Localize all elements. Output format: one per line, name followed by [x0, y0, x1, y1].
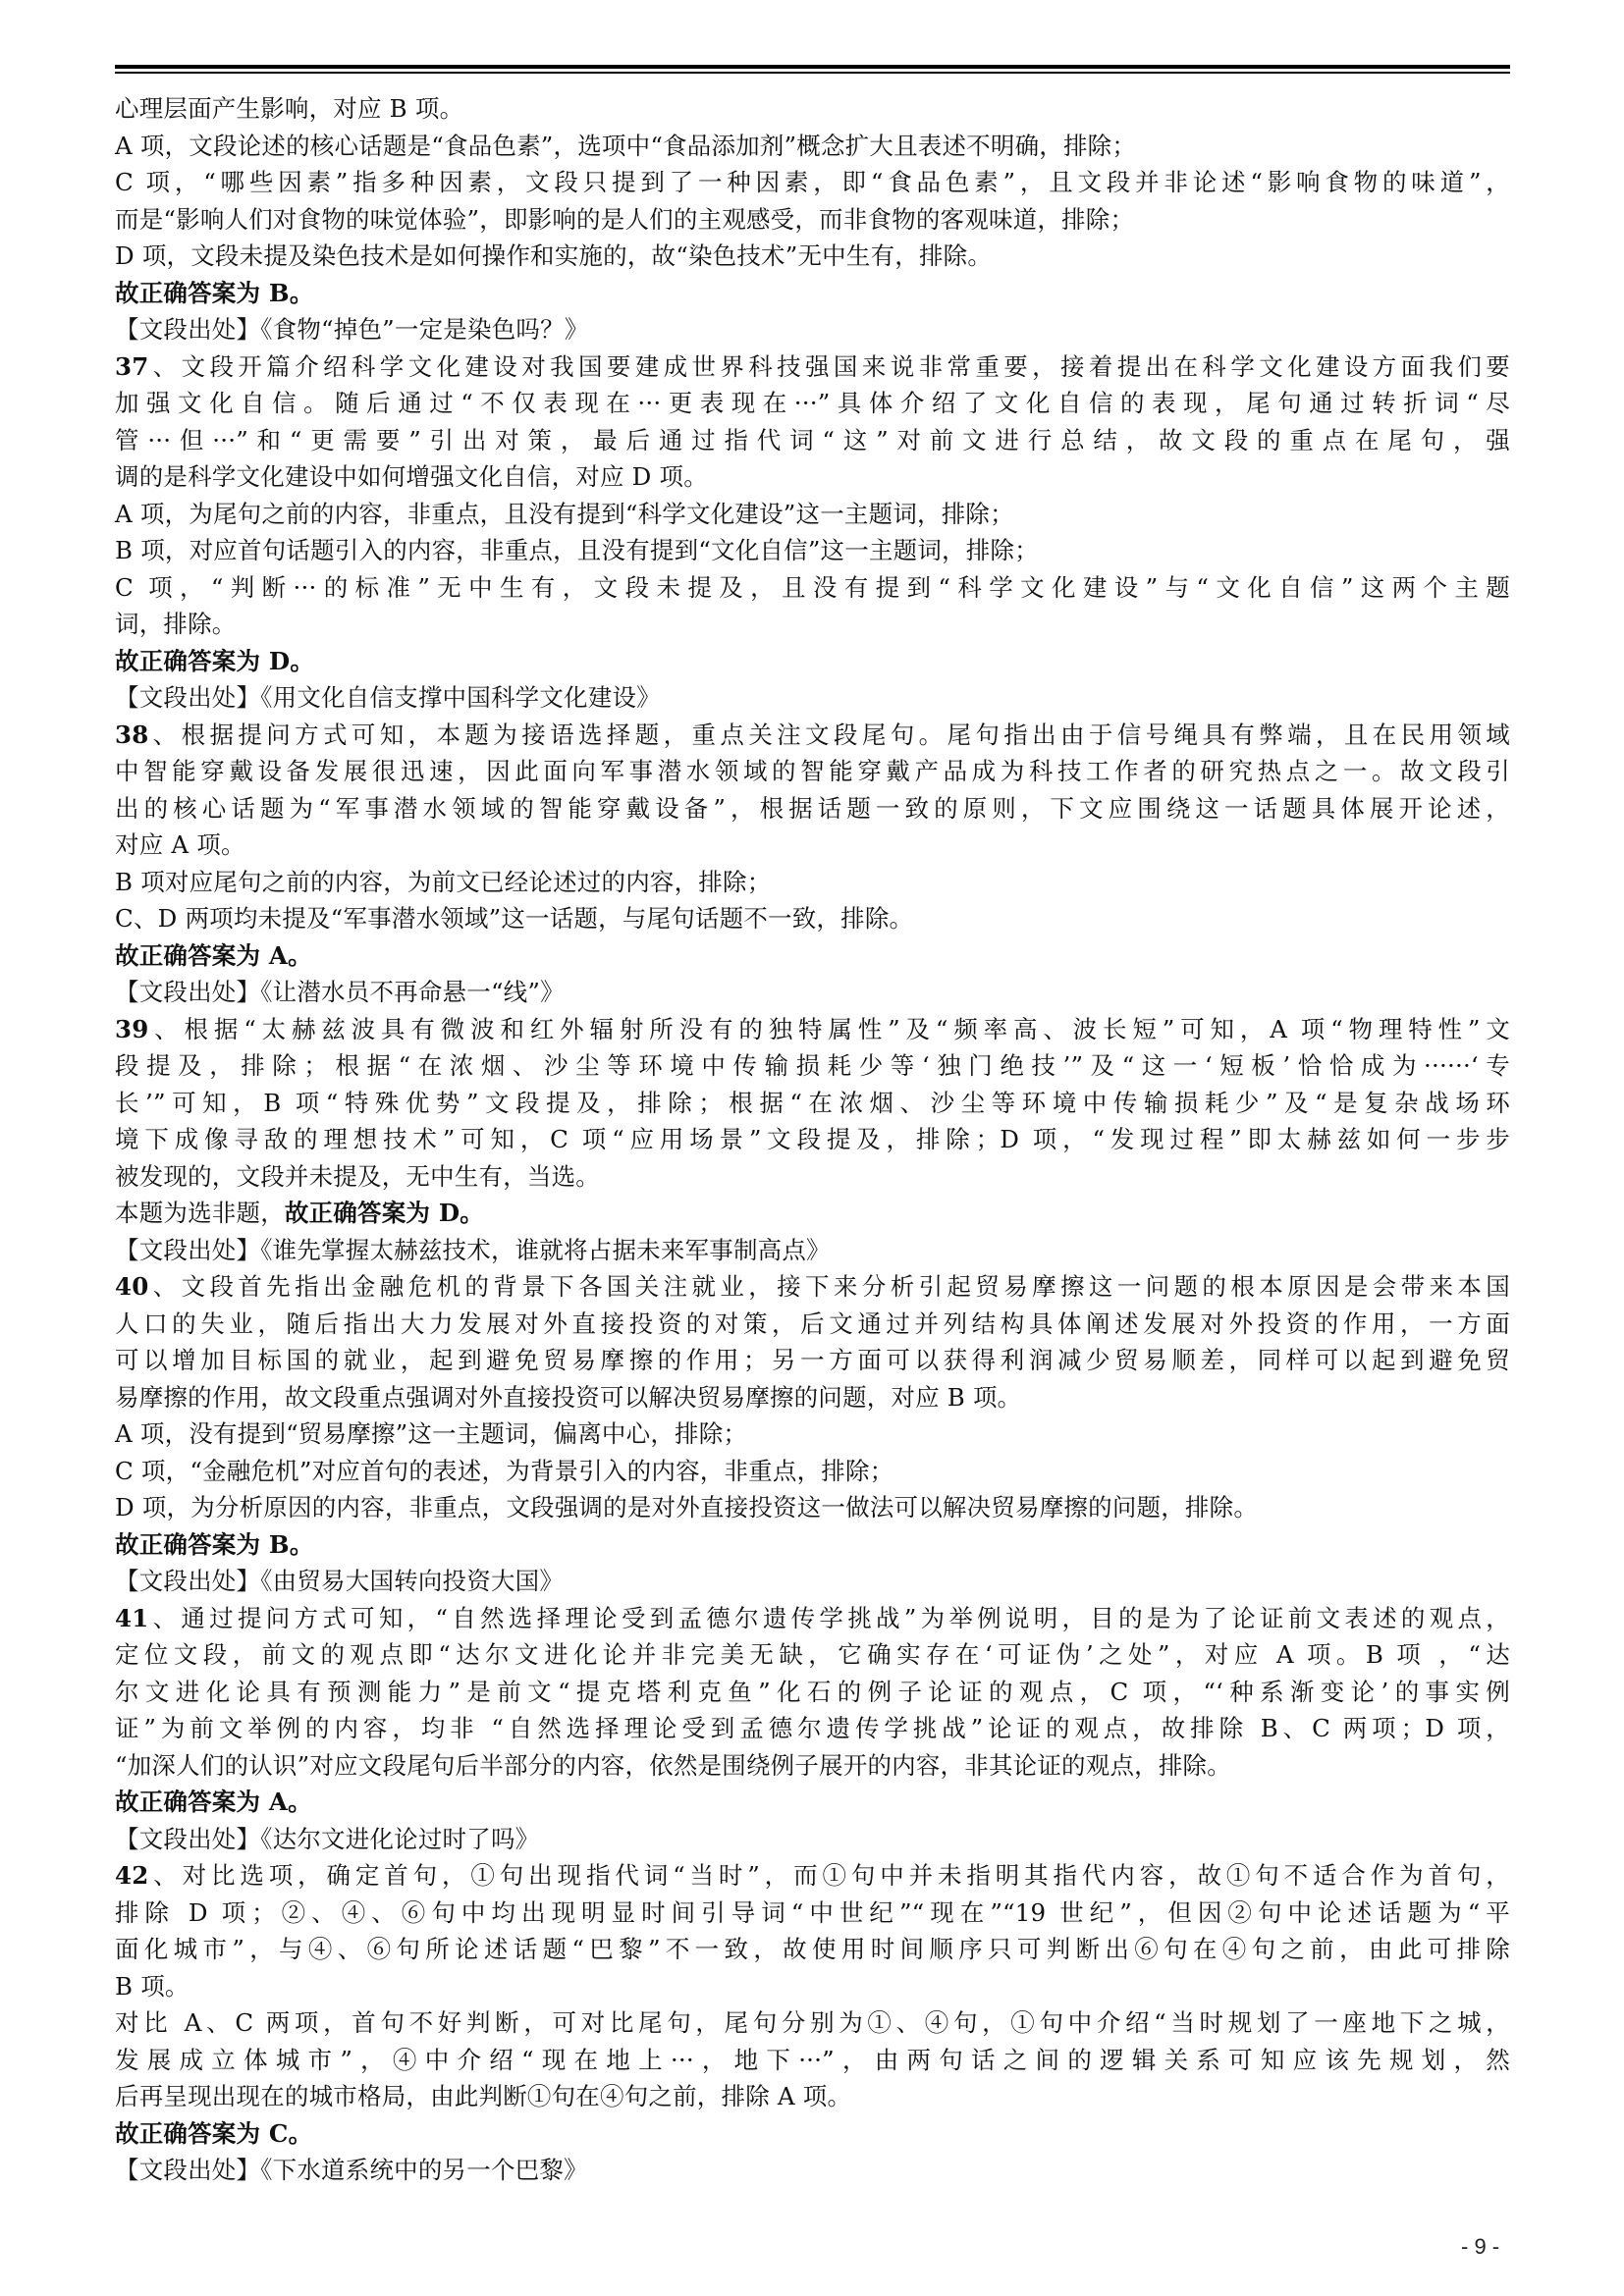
text-line: 可以增加目标国的就业，起到避免贸易摩擦的作用；另一方面可以获得利润减少贸易顺差，…	[115, 1342, 1510, 1379]
text-segment: 易摩擦的作用，故文段重点强调对外直接投资可以解决贸易摩擦的问题，对应 B 项。	[115, 1383, 1021, 1412]
text-line: 对应 A 项。	[115, 827, 1519, 864]
text-line: 39、根据“太赫兹波具有微波和红外辐射所没有的独特属性”及“频率高、波长短”可知…	[115, 1011, 1510, 1048]
text-segment: B 项，对应首句话题引入的内容，非重点，且没有提到“文化自信”这一主题词，排除；	[115, 536, 1039, 564]
text-segment: 对应 A 项。	[115, 830, 245, 859]
text-segment: 、根据提问方式可知，本题为接语选择题，重点关注文段尾句。尾句指出由于信号绳具有弊…	[149, 721, 1511, 749]
bold-text: 故正确答案为 A。	[115, 1788, 312, 1816]
text-segment: “加深人们的认识”对应文段尾句后半部分的内容，依然是围绕例子展开的内容，非其论证…	[115, 1751, 1231, 1780]
text-segment: 心理层面产生影响，对应 B 项。	[115, 94, 463, 123]
text-segment: 【文段出处】《食物“掉色”一定是染色吗？》	[115, 315, 589, 344]
text-segment: 而是“影响人们对食物的味觉体验”，即影响的是人们的主观感受，而非食物的客观味道，…	[115, 205, 1134, 234]
text-line: 【文段出处】《下水道系统中的另一个巴黎》	[115, 2152, 1519, 2189]
text-segment: B 项对应尾句之前的内容，为前文已经论述过的内容，排除；	[115, 868, 771, 896]
text-line: 面化城市”，与④、⑥句所论述话题“巴黎”不一致，故使用时间顺序只可判断出⑥句在④…	[115, 1931, 1510, 1968]
text-line: 【文段出处】《达尔文进化论过时了吗》	[115, 1821, 1519, 1858]
text-segment: 可以增加目标国的就业，起到避免贸易摩擦的作用；另一方面可以获得利润减少贸易顺差，…	[115, 1346, 1510, 1374]
text-segment: 段提及，排除；根据“在浓烟、沙尘等环境中传输损耗少等‘独门绝技’”及“这一‘短板…	[115, 1051, 1510, 1080]
bold-text: 故正确答案为 D。	[285, 1199, 484, 1227]
text-segment: 【文段出处】《下水道系统中的另一个巴黎》	[115, 2156, 588, 2184]
text-line: 故正确答案为 C。	[115, 2115, 1519, 2153]
text-line: 故正确答案为 B。	[115, 1526, 1519, 1564]
text-line: “加深人们的认识”对应文段尾句后半部分的内容，依然是围绕例子展开的内容，非其论证…	[115, 1747, 1519, 1785]
text-line: B 项，对应首句话题引入的内容，非重点，且没有提到“文化自信”这一主题词，排除；	[115, 532, 1519, 569]
bold-text: 37	[115, 352, 149, 381]
bold-text: 39	[115, 1015, 149, 1043]
bold-text: 故正确答案为 A。	[115, 941, 312, 970]
text-line: C 项，“哪些因素”指多种因素，文段只提到了一种因素，即“食品色素”，且文段并非…	[115, 164, 1510, 201]
text-segment: 、对比选项，确定首句，①句出现指代词“当时”，而①句中并未指明其指代内容，故①句…	[149, 1861, 1511, 1890]
text-line: D 项，文段未提及染色技术是如何操作和实施的，故“染色技术”无中生有，排除。	[115, 238, 1519, 275]
text-line: 发展成立体城市”，④中介绍“现在地上···，地下···”，由两句话之间的逻辑关系…	[115, 2042, 1510, 2079]
text-line: 人口的失业，随后指出大力发展对外直接投资的对策，后文通过并列结构具体阐述发展对外…	[115, 1306, 1510, 1343]
text-segment: 【文段出处】《由贸易大国转向投资大国》	[115, 1567, 564, 1595]
text-segment: A 项，为尾句之前的内容，非重点，且没有提到“科学文化建设”这一主题词，排除；	[115, 500, 1014, 528]
text-line: A 项，没有提到“贸易摩擦”这一主题词，偏离中心，排除；	[115, 1415, 1519, 1453]
text-segment: 、文段首先指出金融危机的背景下各国关注就业，接下来分析引起贸易摩擦这一问题的根本…	[149, 1272, 1511, 1301]
text-line: 【文段出处】《让潜水员不再命悬一“线”》	[115, 974, 1519, 1011]
document-body: 心理层面产生影响，对应 B 项。A 项，文段论述的核心话题是“食品色素”，选项中…	[115, 90, 1519, 2189]
header-rule-thin	[115, 72, 1510, 74]
bold-text: 42	[115, 1861, 149, 1890]
text-segment: 、根据“太赫兹波具有微波和红外辐射所没有的独特属性”及“频率高、波长短”可知，A…	[149, 1015, 1511, 1043]
text-line: 长’”可知，B 项“特殊优势”文段提及，排除；根据“在浓烟、沙尘等环境中传输损耗…	[115, 1085, 1510, 1122]
text-line: 被发现的，文段并未提及，无中生有，当选。	[115, 1158, 1519, 1196]
text-line: C、D 两项均未提及“军事潜水领域”这一话题，与尾句话题不一致，排除。	[115, 900, 1519, 937]
text-line: 42、对比选项，确定首句，①句出现指代词“当时”，而①句中并未指明其指代内容，故…	[115, 1857, 1510, 1895]
text-line: 段提及，排除；根据“在浓烟、沙尘等环境中传输损耗少等‘独门绝技’”及“这一‘短板…	[115, 1047, 1510, 1085]
text-line: 调的是科学文化建设中如何增强文化自信，对应 D 项。	[115, 458, 1519, 496]
text-segment: 定位文段，前文的观点即“达尔文进化论并非完美无缺，它确实存在‘可证伪’之处”，对…	[115, 1640, 1510, 1669]
text-line: D 项，为分析原因的内容，非重点，文段强调的是对外直接投资这一做法可以解决贸易摩…	[115, 1489, 1519, 1526]
text-line: 后再呈现出现在的城市格局，由此判断①句在④句之前，排除 A 项。	[115, 2078, 1519, 2115]
text-segment: A 项，文段论述的核心话题是“食品色素”，选项中“食品添加剂”概念扩大且表述不明…	[115, 132, 1136, 160]
bold-text: 故正确答案为 C。	[115, 2119, 312, 2148]
text-line: 排除 D 项；②、④、⑥句中均出现明显时间引导词“中世纪”“现在”“19 世纪”…	[115, 1895, 1510, 1932]
text-segment: 【文段出处】《谁先掌握太赫兹技术，谁就将占据未来军事制高点》	[115, 1236, 831, 1264]
text-line: 故正确答案为 A。	[115, 937, 1519, 975]
text-segment: A 项，没有提到“贸易摩擦”这一主题词，偏离中心，排除；	[115, 1419, 747, 1448]
text-line: 管···但···”和“更需要”引出对策，最后通过指代词“这”对前文进行总结，故文…	[115, 422, 1510, 459]
text-segment: 长’”可知，B 项“特殊优势”文段提及，排除；根据“在浓烟、沙尘等环境中传输损耗…	[115, 1089, 1510, 1117]
text-segment: 词，排除。	[115, 610, 237, 638]
text-segment: C 项，“哪些因素”指多种因素，文段只提到了一种因素，即“食品色素”，且文段并非…	[115, 168, 1510, 196]
text-segment: C、D 两项均未提及“军事潜水领域”这一话题，与尾句话题不一致，排除。	[115, 904, 913, 933]
bold-text: 故正确答案为 B。	[115, 1530, 314, 1559]
header-rule-thick	[115, 65, 1510, 69]
text-segment: 人口的失业，随后指出大力发展对外直接投资的对策，后文通过并列结构具体阐述发展对外…	[115, 1309, 1510, 1338]
text-segment: 中智能穿戴设备发展很迅速，因此面向军事潜水领域的智能穿戴产品成为科技工作者的研究…	[115, 757, 1510, 785]
text-line: 加强文化自信。随后通过“不仅表现在···更表现在···”具体介绍了文化自信的表现…	[115, 385, 1510, 422]
text-line: 故正确答案为 D。	[115, 643, 1519, 680]
page-number: - 9 -	[1461, 2234, 1499, 2260]
text-line: 尔文进化论具有预测能力”是前文“提克塔利克鱼”化石的例子论证的观点，C 项，“‘…	[115, 1674, 1510, 1711]
text-segment: 面化城市”，与④、⑥句所论述话题“巴黎”不一致，故使用时间顺序只可判断出⑥句在④…	[115, 1935, 1510, 1963]
text-segment: 被发现的，文段并未提及，无中生有，当选。	[115, 1162, 600, 1191]
text-segment: 对比 A、C 两项，首句不好判断，可对比尾句，尾句分别为①、④句，①句中介绍“当…	[115, 2008, 1510, 2037]
bold-text: 38	[115, 721, 149, 749]
text-segment: C 项，“金融危机”对应首句的表述，为背景引入的内容，非重点，排除；	[115, 1457, 893, 1485]
text-line: 定位文段，前文的观点即“达尔文进化论并非完美无缺，它确实存在‘可证伪’之处”，对…	[115, 1636, 1510, 1674]
text-line: 证”为前文举例的内容，均非 “自然选择理论受到孟德尔遗传学挑战”论证的观点，故排…	[115, 1710, 1510, 1747]
text-segment: 发展成立体城市”，④中介绍“现在地上···，地下···”，由两句话之间的逻辑关系…	[115, 2046, 1510, 2074]
text-line: 易摩擦的作用，故文段重点强调对外直接投资可以解决贸易摩擦的问题，对应 B 项。	[115, 1379, 1519, 1416]
text-segment: 加强文化自信。随后通过“不仅表现在···更表现在···”具体介绍了文化自信的表现…	[115, 389, 1510, 417]
text-line: B 项对应尾句之前的内容，为前文已经论述过的内容，排除；	[115, 864, 1519, 901]
text-line: 境下成像寻敌的理想技术”可知，C 项“应用场景”文段提及，排除；D 项，“发现过…	[115, 1121, 1510, 1158]
text-line: 而是“影响人们对食物的味觉体验”，即影响的是人们的主观感受，而非食物的客观味道，…	[115, 201, 1519, 239]
text-line: B 项。	[115, 1968, 1519, 2005]
text-line: A 项，为尾句之前的内容，非重点，且没有提到“科学文化建设”这一主题词，排除；	[115, 496, 1519, 533]
bold-text: 故正确答案为 D。	[115, 647, 314, 675]
text-line: 【文段出处】《用文化自信支撑中国科学文化建设》	[115, 679, 1519, 717]
text-line: 37、文段开篇介绍科学文化建设对我国要建成世界科技强国来说非常重要，接着提出在科…	[115, 348, 1510, 386]
text-segment: 【文段出处】《达尔文进化论过时了吗》	[115, 1825, 539, 1853]
text-segment: 调的是科学文化建设中如何增强文化自信，对应 D 项。	[115, 462, 708, 491]
text-segment: D 项，文段未提及染色技术是如何操作和实施的，故“染色技术”无中生有，排除。	[115, 241, 992, 270]
text-line: 【文段出处】《由贸易大国转向投资大国》	[115, 1563, 1519, 1600]
bold-text: 40	[115, 1272, 149, 1301]
text-line: 【文段出处】《谁先掌握太赫兹技术，谁就将占据未来军事制高点》	[115, 1232, 1519, 1269]
text-line: 故正确答案为 A。	[115, 1784, 1519, 1821]
text-line: C 项，“金融危机”对应首句的表述，为背景引入的内容，非重点，排除；	[115, 1453, 1519, 1490]
text-line: 41、通过提问方式可知，“自然选择理论受到孟德尔遗传学挑战”为举例说明，目的是为…	[115, 1600, 1510, 1637]
text-line: 出的核心话题为“军事潜水领域的智能穿戴设备”，根据话题一致的原则，下文应围绕这一…	[115, 790, 1510, 828]
text-line: A 项，文段论述的核心话题是“食品色素”，选项中“食品添加剂”概念扩大且表述不明…	[115, 128, 1519, 165]
text-line: 对比 A、C 两项，首句不好判断，可对比尾句，尾句分别为①、④句，①句中介绍“当…	[115, 2004, 1510, 2042]
bold-text: 故正确答案为 B。	[115, 279, 314, 307]
text-segment: 【文段出处】《让潜水员不再命悬一“线”》	[115, 978, 565, 1006]
text-segment: 【文段出处】《用文化自信支撑中国科学文化建设》	[115, 683, 661, 712]
bold-text: 41	[115, 1604, 149, 1632]
text-line: 本题为选非题，故正确答案为 D。	[115, 1195, 1519, 1232]
text-line: 【文段出处】《食物“掉色”一定是染色吗？》	[115, 311, 1519, 348]
text-segment: 尔文进化论具有预测能力”是前文“提克塔利克鱼”化石的例子论证的观点，C 项，“‘…	[115, 1678, 1510, 1706]
text-segment: 本题为选非题，	[115, 1199, 285, 1227]
text-line: 词，排除。	[115, 606, 1519, 643]
text-line: 故正确答案为 B。	[115, 275, 1519, 312]
text-segment: B 项。	[115, 1972, 189, 2001]
text-line: 40、文段首先指出金融危机的背景下各国关注就业，接下来分析引起贸易摩擦这一问题的…	[115, 1268, 1510, 1306]
text-segment: C 项，“判断···的标准”无中生有，文段未提及，且没有提到“科学文化建设”与“…	[115, 573, 1510, 602]
text-segment: 后再呈现出现在的城市格局，由此判断①句在④句之前，排除 A 项。	[115, 2082, 851, 2110]
text-line: 心理层面产生影响，对应 B 项。	[115, 90, 1519, 128]
text-line: 38、根据提问方式可知，本题为接语选择题，重点关注文段尾句。尾句指出由于信号绳具…	[115, 717, 1510, 754]
text-segment: 证”为前文举例的内容，均非 “自然选择理论受到孟德尔遗传学挑战”论证的观点，故排…	[115, 1714, 1510, 1742]
text-segment: 、文段开篇介绍科学文化建设对我国要建成世界科技强国来说非常重要，接着提出在科学文…	[149, 352, 1511, 381]
text-segment: 出的核心话题为“军事潜水领域的智能穿戴设备”，根据话题一致的原则，下文应围绕这一…	[115, 794, 1510, 823]
text-segment: 管···但···”和“更需要”引出对策，最后通过指代词“这”对前文进行总结，故文…	[115, 426, 1510, 454]
text-segment: 境下成像寻敌的理想技术”可知，C 项“应用场景”文段提及，排除；D 项，“发现过…	[115, 1125, 1510, 1153]
text-segment: 、通过提问方式可知，“自然选择理论受到孟德尔遗传学挑战”为举例说明，目的是为了论…	[149, 1604, 1511, 1632]
text-segment: 排除 D 项；②、④、⑥句中均出现明显时间引导词“中世纪”“现在”“19 世纪”…	[115, 1898, 1510, 1927]
text-line: C 项，“判断···的标准”无中生有，文段未提及，且没有提到“科学文化建设”与“…	[115, 569, 1510, 607]
text-line: 中智能穿戴设备发展很迅速，因此面向军事潜水领域的智能穿戴产品成为科技工作者的研究…	[115, 753, 1510, 790]
text-segment: D 项，为分析原因的内容，非重点，文段强调的是对外直接投资这一做法可以解决贸易摩…	[115, 1493, 1258, 1522]
